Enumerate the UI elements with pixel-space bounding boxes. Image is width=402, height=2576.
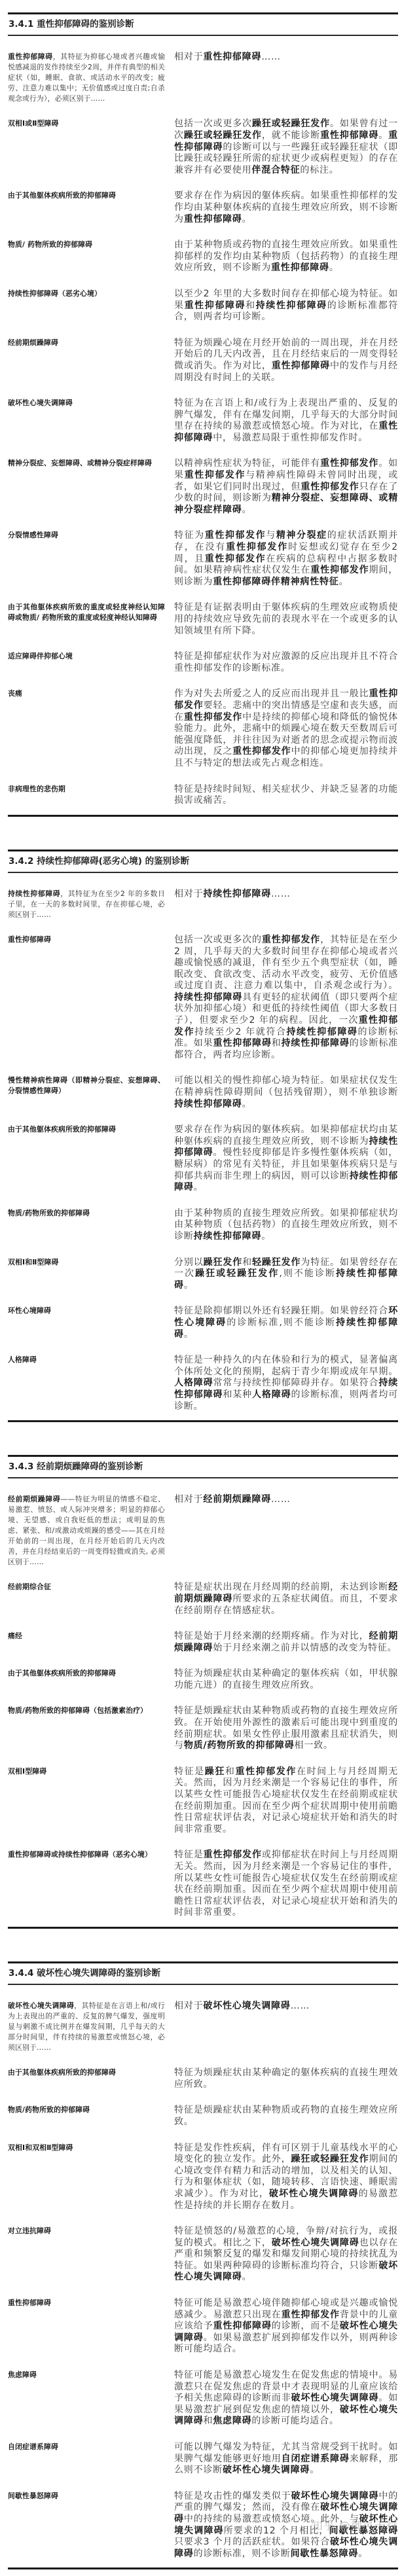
description-cell: 相对于经前期烦躁障碍…… bbox=[174, 1494, 398, 1567]
table-row: 物质/药物所致的抑郁障碍 由于某种物质的直接生理效应所致。如果抑郁症状均由某种物… bbox=[8, 1208, 398, 1243]
disorder-name-cell: 双相Ⅰ和Ⅱ型障碍 bbox=[8, 1257, 165, 1292]
section-title: 3.4.4 破坏性心境失调障碍的鉴别诊断 bbox=[8, 1961, 398, 1985]
description-cell: 特征是有证据表明由于躯体疾病的生理效应或物质使用的持续效应导致先前的表现水平在一… bbox=[174, 602, 398, 637]
table-row: 由于其他躯体疾病所致的重度或轻度神经认知障碍或物质/ 药物所致的重度或轻度神经认… bbox=[8, 602, 398, 637]
section: 3.4.3 经前期烦躁障碍的鉴别诊断 经前期烦躁障碍——特征为明显的情感不稳定、… bbox=[8, 1455, 398, 1929]
table-row: 持续性抑郁障碍（恶劣心境） 以至少2 年里的大多数时间存在抑郁心境为特征。如果重… bbox=[8, 289, 398, 323]
table-row: 经前期烦躁障碍——特征为明显的情感不稳定、易激惹、愤怒、或人际冲突增多；明显的抑… bbox=[8, 1494, 398, 1567]
disorder-name-cell: 重性抑郁障碍，其特征为抑郁心境或者兴趣或愉悦感减退的发作持续至少2周，并伴有典型… bbox=[8, 52, 165, 104]
table-row: 破坏性心境失调障碍 特征为在言语上和/或行为上表现出严重的、反复的脾气爆发，伴有… bbox=[8, 398, 398, 444]
disorder-name-cell: 由于其他躯体疾病所致的抑郁障碍 bbox=[8, 1124, 165, 1194]
table-row: 双相Ⅰ和Ⅱ型障碍 分别以躁狂发作和轻躁狂发作为特征。如果曾经存在一次躁狂或轻躁狂… bbox=[8, 1257, 398, 1292]
section-rows: 持续性抑郁障碍，其特征为在至少2 年的多数日子里，在一天的多数时间里，存在抑郁心… bbox=[8, 880, 398, 1412]
description-cell: 特征是烦躁症状由某种物质或药物的直接生理效应所致。 bbox=[174, 2105, 398, 2128]
disorder-name-cell: 由于其他躯体疾病所致的重度或轻度神经认知障碍或物质/ 药物所致的重度或轻度神经认… bbox=[8, 602, 165, 637]
section: 3.4.4 破坏性心境失调障碍的鉴别诊断 破坏性心境失调障碍，其特征是在言语上和… bbox=[8, 1961, 398, 2569]
table-row: 重性抑郁障碍 包括一次或更多次的重性抑郁发作，其特征是在至少2 周，几乎每天的大… bbox=[8, 935, 398, 1062]
disorder-name-cell: 慢性精神病性障碍（即精神分裂症、妄想障碍、分裂情感性障碍） bbox=[8, 1075, 165, 1110]
disorder-name-cell: 焦虑障碍 bbox=[8, 2370, 165, 2427]
disorder-name-cell: 经前期烦躁障碍 bbox=[8, 338, 165, 384]
disorder-name-cell: 自闭症谱系障碍 bbox=[8, 2442, 165, 2477]
disorder-name-cell: 物质/药物所致的抑郁障碍（包括激素治疗） bbox=[8, 1706, 165, 1751]
description-cell: 特征是重性抑郁发作或抑郁症状在时间上与月经周期无关。然而，因为月经来潮是一个容易… bbox=[174, 1850, 398, 1919]
description-cell: 相对于破坏性心境失调障碍…… bbox=[174, 2001, 398, 2053]
table-row: 痛经 特征是始于月经来潮的经期疼痛。作为对比，经前期烦躁障碍始于月经来潮之前并以… bbox=[8, 1631, 398, 1654]
section: 3.4.1 重性抑郁障碍的鉴别诊断 重性抑郁障碍，其特征为抑郁心境或者兴趣或愉悦… bbox=[8, 12, 398, 817]
disorder-name-cell: 对立违抗障碍 bbox=[8, 2226, 165, 2283]
disorder-name-cell: 适应障碍伴抑郁心境 bbox=[8, 651, 165, 674]
disorder-name-cell: 双相Ⅰ和双相Ⅱ型障碍 bbox=[8, 2143, 165, 2212]
disorder-name-cell: 重性抑郁障碍 bbox=[8, 2298, 165, 2355]
table-row: 双相Ⅰ或Ⅱ型障碍 包括一次或更多次躁狂或轻躁狂发作。如果曾有过一次躁狂或轻躁狂发… bbox=[8, 118, 398, 176]
description-cell: 特征是愤怒的/易激惹的心境，争辩/对抗行为，或报复的模式。相比之下，破坏性心境失… bbox=[174, 2226, 398, 2283]
table-row: 由于其他躯体疾病所致的抑郁障碍 特征为烦躁症状由某种确定的躯体疾病（如，甲状腺功… bbox=[8, 1668, 398, 1691]
table-row: 由于其他躯体疾病所致的抑郁障碍 特征为烦躁症状由某种确定的躯体疾病的直接生理效应… bbox=[8, 2067, 398, 2090]
description-cell: 要求存在作为病因的躯体疾病。如果重性抑郁样的发作均由某种躯体疾病的直接生理效应所… bbox=[174, 190, 398, 225]
description-cell: 特征是症状出现在月经周期的经前期，未达到诊断经前期烦躁障碍所要求的五条症状阈值。… bbox=[174, 1582, 398, 1617]
table-row: 自闭症谱系障碍 可能以脾气爆发为特征，尤其当常规受到干扰时。如果脾气爆发能够更好… bbox=[8, 2442, 398, 2477]
table-row: 对立违抗障碍 特征是愤怒的/易激惹的心境，争辩/对抗行为，或报复的模式。相比之下… bbox=[8, 2226, 398, 2283]
description-cell: 特征为重性抑郁发作与精神分裂症的症状活跃期并存，在没有重性抑郁发作时妄想或幻觉存… bbox=[174, 530, 398, 588]
disorder-name-cell: 非病理性的悲伤期 bbox=[8, 784, 165, 807]
table-row: 物质/ 药物所致的抑郁障碍 由于某种物质或药物的直接生理效应所致。如果重性抑郁样… bbox=[8, 240, 398, 274]
table-row: 双相Ⅰ型障碍 特征是躁狂和重性抑郁发作在时间上与月经周期无关。然而，因为月经来潮… bbox=[8, 1766, 398, 1836]
description-cell: 相对于重性抑郁障碍…… bbox=[174, 52, 398, 104]
description-cell: 特征为烦躁心境在月经开始前的一周出现，并在月经开始后的几天内改善，且在月经结束后… bbox=[174, 338, 398, 384]
description-cell: 可能以脾气爆发为特征，尤其当常规受到干扰时。如果脾气爆发能够更好地用自闭症谱系障… bbox=[174, 2442, 398, 2477]
description-cell: 由于某种物质的直接生理效应所致。如果抑郁症状均由某种物质（包括药物）的直接生理效… bbox=[174, 1208, 398, 1243]
description-cell: 特征为烦躁症状由某种确定的躯体疾病（如，甲状腺功能亢进）的直接生理效应所致。 bbox=[174, 1668, 398, 1691]
table-row: 持续性抑郁障碍，其特征为在至少2 年的多数日子里，在一天的多数时间里，存在抑郁心… bbox=[8, 889, 398, 920]
disorder-name-cell: 经前期综合征 bbox=[8, 1582, 165, 1617]
section-rows: 破坏性心境失调障碍，其特征是在言语上和/或行为上表现出的严重的、反复的脾气爆发，… bbox=[8, 1992, 398, 2560]
description-cell: 作为对失去所爱之人的反应而出现并且一般比重性抑郁发作要轻。悲痛中的突出情感是空虚… bbox=[174, 689, 398, 769]
table-row: 双相Ⅰ和双相Ⅱ型障碍 特征是发作性疾病，伴有可区别于儿童基线水平的心境变化的独立… bbox=[8, 2143, 398, 2212]
description-cell: 由于某种物质或药物的直接生理效应所致。如果重性抑郁样的发作均由某种物质（包括药物… bbox=[174, 240, 398, 274]
table-row: 丧痛 作为对失去所爱之人的反应而出现并且一般比重性抑郁发作要轻。悲痛中的突出情感… bbox=[8, 689, 398, 769]
section-rows: 经前期烦躁障碍——特征为明显的情感不稳定、易激惹、愤怒、或人际冲突增多；明显的抑… bbox=[8, 1486, 398, 1919]
disorder-name-cell: 破坏性心境失调障碍 bbox=[8, 398, 165, 444]
disorder-name-cell: 持续性抑郁障碍（恶劣心境） bbox=[8, 289, 165, 323]
table-row: 重性抑郁障碍 特征可能是易激惹心境伴随抑郁心境或是兴趣或愉悦感减少。易激惹只出现… bbox=[8, 2298, 398, 2355]
disorder-name-cell: 经前期烦躁障碍——特征为明显的情感不稳定、易激惹、愤怒、或人际冲突增多；明显的抑… bbox=[8, 1494, 165, 1567]
table-row: 经前期烦躁障碍 特征为烦躁心境在月经开始前的一周出现，并在月经开始后的几天内改善… bbox=[8, 338, 398, 384]
table-row: 间歇性暴怒障碍 特征是攻击性的爆发类似于破坏性心境失调障碍中的严重的脾气爆发；然… bbox=[8, 2491, 398, 2560]
table-row: 重性抑郁障碍，其特征为抑郁心境或者兴趣或愉悦感减退的发作持续至少2周，并伴有典型… bbox=[8, 52, 398, 104]
disorder-name-cell: 由于其他躯体疾病所致的抑郁障碍 bbox=[8, 2067, 165, 2090]
description-cell: 可能以相关的慢性抑郁心境为特征。如果症状仅发生在精神病性障碍期间（包括残留期），… bbox=[174, 1075, 398, 1110]
disorder-name-cell: 双相Ⅰ或Ⅱ型障碍 bbox=[8, 118, 165, 176]
disorder-name-cell: 精神分裂症、妄想障碍、或精神分裂症样障碍 bbox=[8, 458, 165, 516]
table-row: 焦虑障碍 特征可能是易激惹心境发生在促发焦虑的情境中。易激惹只在促发焦虑的背景中… bbox=[8, 2370, 398, 2427]
description-cell: 特征是除抑郁期以外还有轻躁狂期。如果曾经符合环性心境障碍的诊断标准,则不能诊断持… bbox=[174, 1306, 398, 1340]
table-row: 重性抑郁障碍或持续性抑郁障碍（恶劣心境） 特征是重性抑郁发作或抑郁症状在时间上与… bbox=[8, 1850, 398, 1919]
description-cell: 特征为在言语上和/或行为上表现出严重的、反复的脾气爆发，伴有在爆发间期，几乎每天… bbox=[174, 398, 398, 444]
disorder-name-cell: 分裂情感性障碍 bbox=[8, 530, 165, 588]
section-rows: 重性抑郁障碍，其特征为抑郁心境或者兴趣或愉悦感减退的发作持续至少2周，并伴有典型… bbox=[8, 43, 398, 806]
table-row: 由于其他躯体疾病所致的抑郁障碍 要求存在作为病因的躯体疾病。如果重性抑郁样的发作… bbox=[8, 190, 398, 225]
description-cell: 以精神病性症状为特征，可能伴有重性抑郁发作。如果重性抑郁发作与精神病性障碍未曾同… bbox=[174, 458, 398, 516]
description-cell: 特征是烦躁症状由某种物质或药物的直接生理效应所致。在开始使用外源性的激素后可能出… bbox=[174, 1706, 398, 1751]
disorder-name-cell: 物质/药物所致的抑郁障碍 bbox=[8, 1208, 165, 1243]
description-cell: 特征为烦躁症状由某种确定的躯体疾病的直接生理效应所致。 bbox=[174, 2067, 398, 2090]
document-page: 知乎 @御风天行 3.4.1 重性抑郁障碍的鉴别诊断 重性抑郁障碍，其特征为抑郁… bbox=[0, 0, 402, 2576]
description-cell: 包括一次或更多次躁狂或轻躁狂发作。如果曾有过一次躁狂或轻躁狂发作，就不能诊断重性… bbox=[174, 118, 398, 176]
section-title: 3.4.1 重性抑郁障碍的鉴别诊断 bbox=[8, 12, 398, 36]
table-row: 环性心境障碍 特征是除抑郁期以外还有轻躁狂期。如果曾经符合环性心境障碍的诊断标准… bbox=[8, 1306, 398, 1340]
disorder-name-cell: 痛经 bbox=[8, 1631, 165, 1654]
description-cell: 要求存在作为病因的躯体疾病。如果抑郁症状均由某种躯体疾病的直接生理效应所致，则不… bbox=[174, 1124, 398, 1194]
disorder-name-cell: 人格障碍 bbox=[8, 1355, 165, 1412]
table-row: 分裂情感性障碍 特征为重性抑郁发作与精神分裂症的症状活跃期并存，在没有重性抑郁发… bbox=[8, 530, 398, 588]
description-cell: 特征是抑郁症状作为对应激源的反应出现并且不符合重性抑郁发作的诊断标准。 bbox=[174, 651, 398, 674]
disorder-name-cell: 破坏性心境失调障碍，其特征是在言语上和/或行为上表现出的严重的、反复的脾气爆发，… bbox=[8, 2001, 165, 2053]
description-cell: 特征是攻击性的爆发类似于破坏性心境失调障碍中的严重的脾气爆发；然而，没有像在破坏… bbox=[174, 2491, 398, 2560]
table-row: 精神分裂症、妄想障碍、或精神分裂症样障碍 以精神病性症状为特征，可能伴有重性抑郁… bbox=[8, 458, 398, 516]
description-cell: 以至少2 年里的大多数时间存在抑郁心境为特征。如果重性抑郁障碍和持续性抑郁障碍的… bbox=[174, 289, 398, 323]
section-title: 3.4.3 经前期烦躁障碍的鉴别诊断 bbox=[8, 1455, 398, 1478]
disorder-name-cell: 重性抑郁障碍 bbox=[8, 935, 165, 1062]
disorder-name-cell: 丧痛 bbox=[8, 689, 165, 769]
table-row: 非病理性的悲伤期 特征是持续时间短、相关症状少、并缺乏显著的功能损害或痛苦。 bbox=[8, 784, 398, 807]
table-row: 人格障碍 特征是一种持久的内在体验和行为的模式，显著偏离个体所处文化的预期，起病… bbox=[8, 1355, 398, 1412]
table-row: 适应障碍伴抑郁心境 特征是抑郁症状作为对应激源的反应出现并且不符合重性抑郁发作的… bbox=[8, 651, 398, 674]
disorder-name-cell: 双相Ⅰ型障碍 bbox=[8, 1766, 165, 1836]
disorder-name-cell: 持续性抑郁障碍，其特征为在至少2 年的多数日子里，在一天的多数时间里，存在抑郁心… bbox=[8, 889, 165, 920]
section-title: 3.4.2 持续性抑郁障碍(恶劣心境) 的鉴别诊断 bbox=[8, 850, 398, 873]
description-cell: 特征是躁狂和重性抑郁发作在时间上与月经周期无关。然而，因为月经来潮是一个容易记住… bbox=[174, 1766, 398, 1836]
disorder-name-cell: 物质/药物所致的抑郁障碍 bbox=[8, 2105, 165, 2128]
table-row: 物质/药物所致的抑郁障碍 特征是烦躁症状由某种物质或药物的直接生理效应所致。 bbox=[8, 2105, 398, 2128]
description-cell: 特征可能是易激惹心境发生在促发焦虑的情境中。易激惹只在促发焦虑的背景中才表现明显… bbox=[174, 2370, 398, 2427]
disorder-name-cell: 间歇性暴怒障碍 bbox=[8, 2491, 165, 2560]
disorder-name-cell: 物质/ 药物所致的抑郁障碍 bbox=[8, 240, 165, 274]
disorder-name-cell: 由于其他躯体疾病所致的抑郁障碍 bbox=[8, 190, 165, 225]
table-row: 物质/药物所致的抑郁障碍（包括激素治疗） 特征是烦躁症状由某种物质或药物的直接生… bbox=[8, 1706, 398, 1751]
section: 3.4.2 持续性抑郁障碍(恶劣心境) 的鉴别诊断 持续性抑郁障碍，其特征为在至… bbox=[8, 850, 398, 1422]
description-cell: 相对于持续性抑郁障碍…… bbox=[174, 889, 398, 920]
disorder-name-cell: 环性心境障碍 bbox=[8, 1306, 165, 1340]
description-cell: 特征是一种持久的内在体验和行为的模式，显著偏离个体所处文化的预期，起病于青少年期… bbox=[174, 1355, 398, 1412]
description-cell: 分别以躁狂发作和轻躁狂发作为特征。如果曾经存在一次躁狂或轻躁狂发作,则不能诊断持… bbox=[174, 1257, 398, 1292]
table-row: 慢性精神病性障碍（即精神分裂症、妄想障碍、分裂情感性障碍） 可能以相关的慢性抑郁… bbox=[8, 1075, 398, 1110]
table-row: 破坏性心境失调障碍，其特征是在言语上和/或行为上表现出的严重的、反复的脾气爆发，… bbox=[8, 2001, 398, 2053]
disorder-name-cell: 由于其他躯体疾病所致的抑郁障碍 bbox=[8, 1668, 165, 1691]
description-cell: 特征是始于月经来潮的经期疼痛。作为对比，经前期烦躁障碍始于月经来潮之前并以情感的… bbox=[174, 1631, 398, 1654]
description-cell: 特征可能是易激惹心境伴随抑郁心境或是兴趣或愉悦感减少。易激惹只出现在重性抑郁发作… bbox=[174, 2298, 398, 2355]
disorder-name-cell: 重性抑郁障碍或持续性抑郁障碍（恶劣心境） bbox=[8, 1850, 165, 1919]
description-cell: 特征是持续时间短、相关症状少、并缺乏显著的功能损害或痛苦。 bbox=[174, 784, 398, 807]
table-row: 由于其他躯体疾病所致的抑郁障碍 要求存在作为病因的躯体疾病。如果抑郁症状均由某种… bbox=[8, 1124, 398, 1194]
description-cell: 包括一次或更多次的重性抑郁发作，其特征是在至少2 周，几乎每天的大多数时间里存在… bbox=[174, 935, 398, 1062]
table-row: 经前期综合征 特征是症状出现在月经周期的经前期，未达到诊断经前期烦躁障碍所要求的… bbox=[8, 1582, 398, 1617]
description-cell: 特征是发作性疾病，伴有可区别于儿童基线水平的心境变化的独立发作。此外，躁狂或轻躁… bbox=[174, 2143, 398, 2212]
